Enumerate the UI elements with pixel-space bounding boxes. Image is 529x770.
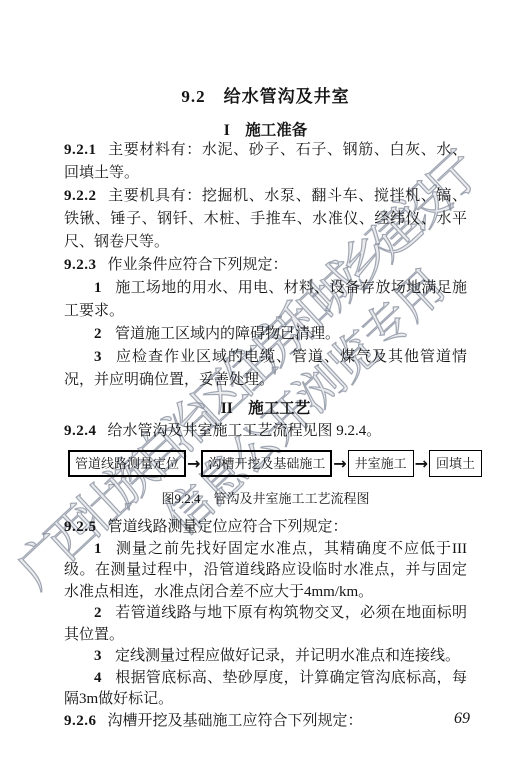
clause-number: 9.2.2 <box>64 188 97 204</box>
clause-number: 9.2.3 <box>64 257 97 273</box>
clause-9-2-5-item-3: 3定线测量过程应做好记录，并记明水准点和连接线。 <box>64 646 467 668</box>
item-number: 4 <box>94 670 102 686</box>
flow-step-backfill: 回填土 <box>429 450 482 477</box>
clause-9-2-5-item-4: 4根据管底标高、垫砂厚度，计算确定管沟底标高，每隔3m做好标记。 <box>64 668 467 711</box>
clause-text: 管道线路测量定位应符合下列规定： <box>108 519 348 535</box>
clause-number: 9.2.6 <box>64 713 97 729</box>
flow-step-well: 井室施工 <box>348 450 414 477</box>
flow-arrow-icon: → <box>414 454 429 473</box>
clause-9-2-5: 9.2.5管道线路测量定位应符合下列规定： <box>64 517 467 539</box>
clause-9-2-1: 9.2.1主要材料有：水泥、砂子、石子、钢筋、白灰、水、回填土等。 <box>64 139 467 185</box>
clause-9-2-3-item-1: 1施工场地的用水、用电、材料、设备存放场地满足施工要求。 <box>64 277 467 323</box>
item-number: 1 <box>94 541 102 557</box>
clause-9-2-3-item-2: 2管道施工区域内的障碍物已清理。 <box>64 323 467 346</box>
subsection-heading-process: II 施工工艺 <box>64 400 467 417</box>
clause-number: 9.2.4 <box>64 423 97 439</box>
clause-9-2-3-item-3: 3应检查作业区域的电缆、管道、煤气及其他管道情况，并应明确位置，妥善处理。 <box>64 346 467 392</box>
item-text: 根据管底标高、垫砂厚度，计算确定管沟底标高，每隔3m做好标记。 <box>64 670 467 708</box>
section-title: 9.2 给水管沟及井室 <box>64 88 467 106</box>
clause-9-2-3: 9.2.3作业条件应符合下列规定： <box>64 254 467 277</box>
clause-9-2-2: 9.2.2主要机具有：挖掘机、水泵、翻斗车、搅拌机、镐、铁锹、锤子、钢钎、木桩、… <box>64 185 467 254</box>
clause-9-2-5-item-1: 1测量之前先找好固定水准点，其精确度不应低于III级。在测量过程中，沿管道线路应… <box>64 539 467 604</box>
document-page: { "page": { "number": "69" }, "watermark… <box>0 0 529 770</box>
document-body: 9.2 给水管沟及井室 I 施工准备 9.2.1主要材料有：水泥、砂子、石子、钢… <box>64 0 467 732</box>
flow-step-survey: 管道线路测量定位 <box>68 450 186 477</box>
item-number: 2 <box>94 326 102 342</box>
figure-caption: 图9.2.4 管沟及井室施工工艺流程图 <box>64 491 467 507</box>
item-text: 测量之前先找好固定水准点，其精确度不应低于III级。在测量过程中，沿管道线路应设… <box>64 541 467 600</box>
page-number: 69 <box>454 711 470 727</box>
subsection-heading-preparation: I 施工准备 <box>64 122 467 139</box>
item-text: 管道施工区域内的障碍物已清理。 <box>115 326 340 342</box>
flowchart: 管道线路测量定位 → 沟槽开挖及基础施工 → 井室施工 → 回填土 <box>68 450 482 477</box>
clause-9-2-6: 9.2.6沟槽开挖及基础施工应符合下列规定： <box>64 711 467 733</box>
clause-number: 9.2.1 <box>64 142 97 158</box>
clause-9-2-4: 9.2.4给水管沟及井室施工工艺流程见图 9.2.4。 <box>64 420 467 443</box>
lower-section: 9.2.5管道线路测量定位应符合下列规定： 1测量之前先找好固定水准点，其精确度… <box>64 517 467 732</box>
item-number: 3 <box>94 648 102 664</box>
clause-number: 9.2.5 <box>64 519 97 535</box>
item-text: 若管道线路与地下原有构筑物交叉，必须在地面标明其位置。 <box>64 605 467 643</box>
item-text: 应检查作业区域的电缆、管道、煤气及其他管道情况，并应明确位置，妥善处理。 <box>64 349 467 388</box>
clause-text: 主要机具有：挖掘机、水泵、翻斗车、搅拌机、镐、铁锹、锤子、钢钎、木桩、手推车、水… <box>64 188 467 250</box>
clause-9-2-5-item-2: 2若管道线路与地下原有构筑物交叉，必须在地面标明其位置。 <box>64 603 467 646</box>
item-number: 2 <box>94 605 102 621</box>
clause-text: 给水管沟及井室施工工艺流程见图 9.2.4。 <box>108 423 382 439</box>
flow-step-excavation: 沟槽开挖及基础施工 <box>201 450 332 477</box>
clause-text: 主要材料有：水泥、砂子、石子、钢筋、白灰、水、回填土等。 <box>64 142 467 181</box>
clause-text: 沟槽开挖及基础施工应符合下列规定： <box>108 713 363 729</box>
item-text: 施工场地的用水、用电、材料、设备存放场地满足施工要求。 <box>64 280 467 319</box>
clause-text: 作业条件应符合下列规定： <box>108 257 288 273</box>
flow-arrow-icon: → <box>186 454 201 473</box>
flow-arrow-icon: → <box>332 454 347 473</box>
item-number: 3 <box>94 349 102 365</box>
item-number: 1 <box>94 280 102 296</box>
item-text: 定线测量过程应做好记录，并记明水准点和连接线。 <box>115 648 460 664</box>
